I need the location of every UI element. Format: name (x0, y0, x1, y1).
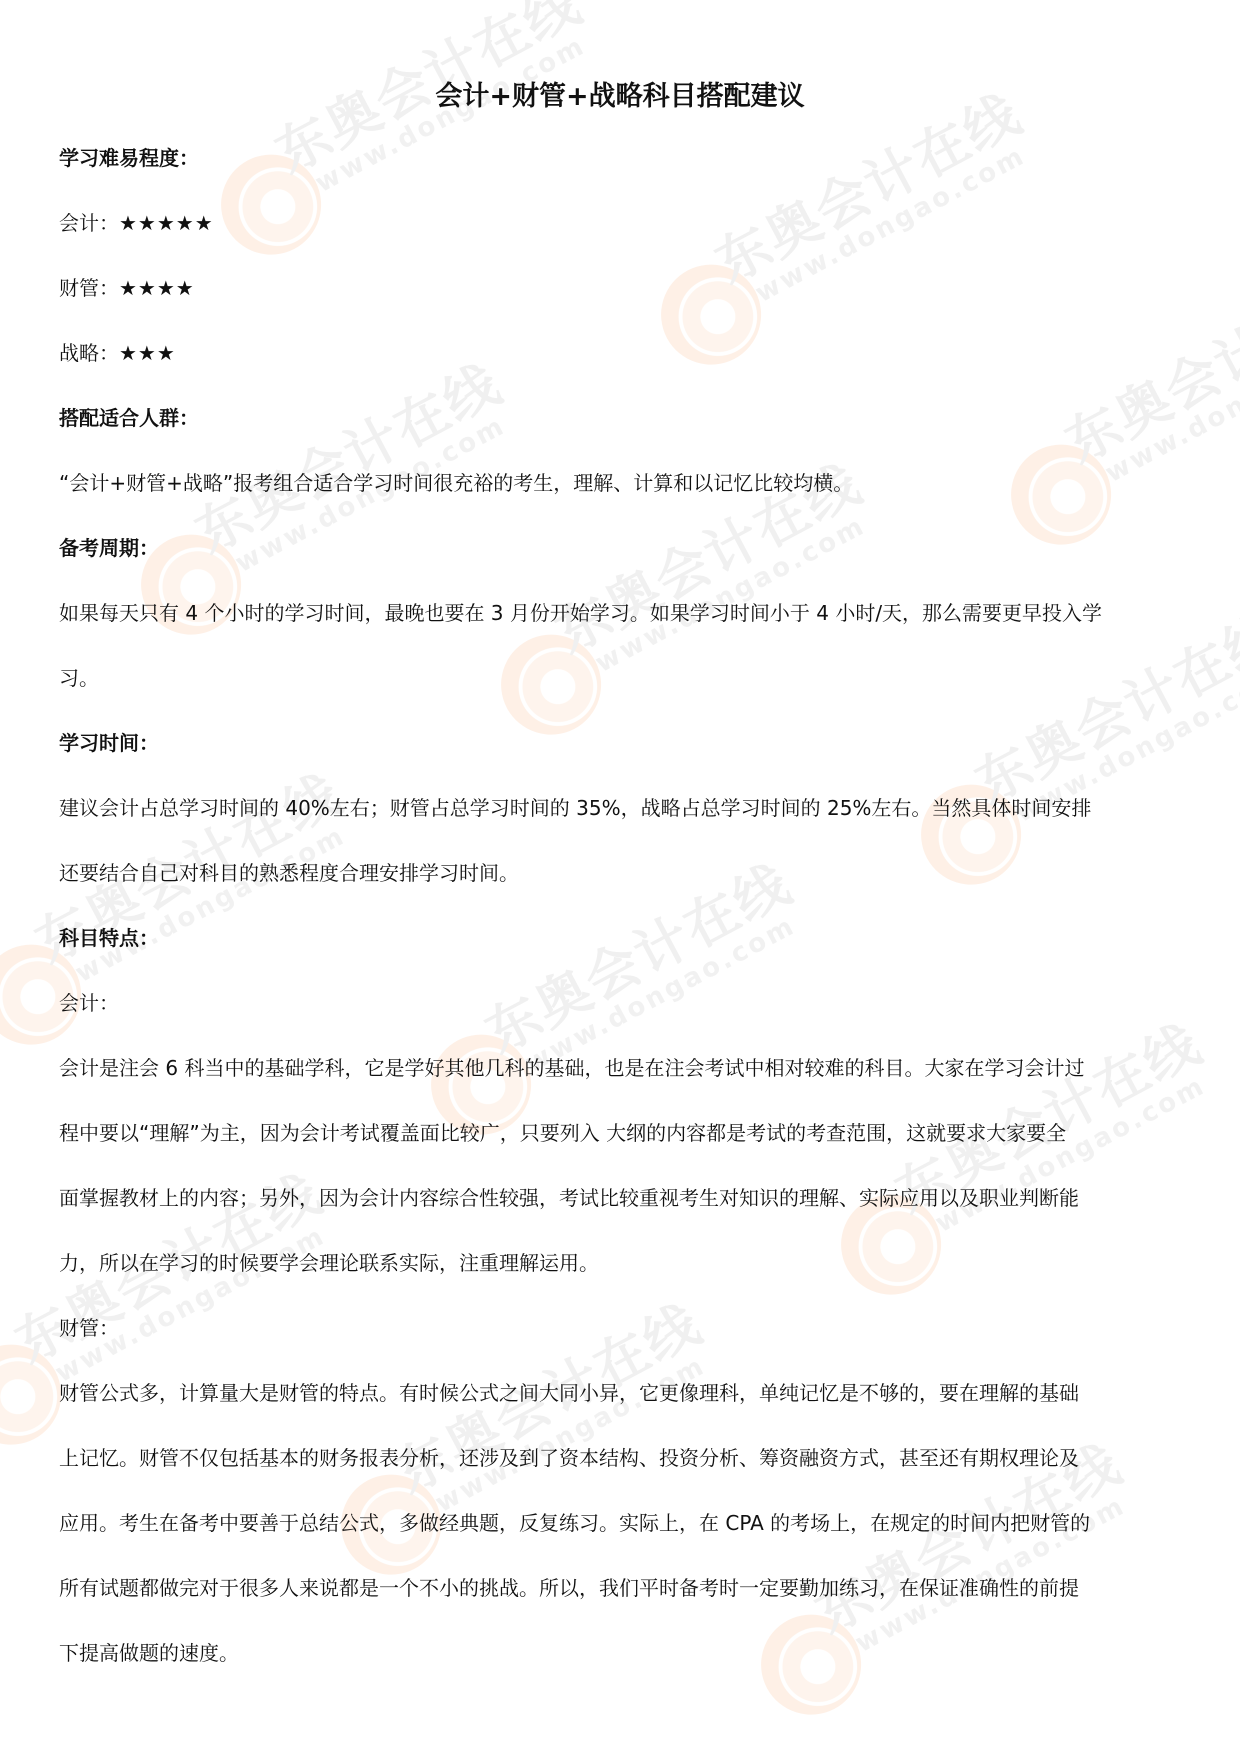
paragraph-line: 建议会计占总学习时间的 40%左右；财管占总学习时间的 35%，战略占总学习时间… (59, 794, 1091, 822)
watermark-url: www.dongao.com (751, 141, 1031, 309)
subject-label-finance: 财管： (59, 1314, 119, 1342)
difficulty-label: 战略： (59, 341, 119, 365)
watermark: 东奥会计在线 www.dongao.com (171, 0, 530, 299)
watermark-url: www.dongao.com (71, 821, 351, 989)
difficulty-row-accounting: 会计：★★★★★ (59, 209, 214, 237)
watermark-url: www.dongao.com (591, 511, 871, 679)
section-heading-prep-period: 备考周期： (59, 534, 159, 562)
paragraph-line: 面掌握教材上的内容；另外，因为会计内容综合性较强，考试比较重视考生对知识的理解、… (59, 1184, 1079, 1212)
watermark-logo-icon (203, 137, 338, 272)
paragraph-line: “会计+财管+战略”报考组合适合学习时间很充裕的考生，理解、计算和以记忆比较均横… (59, 469, 853, 497)
difficulty-label: 会计： (59, 211, 119, 235)
difficulty-row-finance: 财管：★★★★ (59, 274, 195, 302)
watermark: 东奥会计在线 www.dongao.com (871, 611, 1230, 928)
section-heading-study-time: 学习时间： (59, 729, 159, 757)
watermark-url: www.dongao.com (1101, 321, 1240, 489)
watermark-logo-icon (643, 247, 778, 382)
paragraph-line: 上记忆。财管不仅包括基本的财务报表分析，还涉及到了资本结构、投资分析、筹资融资方… (59, 1444, 1079, 1472)
watermark-brand: 东奥会计在线 (1050, 252, 1240, 478)
section-heading-difficulty: 学习难易程度： (59, 144, 199, 172)
watermark-brand: 东奥会计在线 (470, 842, 803, 1068)
watermark-url: www.dongao.com (311, 31, 591, 199)
paragraph-line: 应用。考生在备考中要善于总结公式，多做经典题，反复练习。实际上，在 CPA 的考… (59, 1509, 1090, 1537)
watermark-url: www.dongao.com (931, 1071, 1211, 1239)
watermark: 东奥会计在线 www.dongao.com (0, 1171, 269, 1488)
paragraph-line: 所有试题都做完对于很多人来说都是一个不小的挑战。所以，我们平时备考时一定要勤加练… (59, 1574, 1079, 1602)
watermark-logo-icon (903, 767, 1038, 902)
paragraph-line: 习。 (59, 664, 99, 692)
watermark-url: www.dongao.com (51, 1221, 331, 1389)
paragraph-line: 会计是注会 6 科当中的基础学科，它是学好其他几科的基础，也是在注会考试中相对较… (59, 1054, 1084, 1082)
paragraph-line: 下提高做题的速度。 (59, 1639, 239, 1667)
paragraph-line: 还要结合自己对科目的熟悉程度合理安排学习时间。 (59, 859, 519, 887)
watermark-logo-icon (743, 1597, 878, 1732)
section-heading-audience: 搭配适合人群： (59, 404, 199, 432)
paragraph-line: 财管公式多，计算量大是财管的特点。有时候公式之间大同小异，它更像理科，单纯记忆是… (59, 1379, 1079, 1407)
watermark-brand: 东奥会计在线 (180, 342, 513, 568)
difficulty-label: 财管： (59, 276, 119, 300)
watermark: 东奥会计在线 www.dongao.com (961, 271, 1240, 588)
watermark-logo-icon (483, 617, 618, 752)
star-rating-icon: ★★★★★ (119, 211, 214, 235)
paragraph-line: 力，所以在学习的时候要学会理论联系实际，注重理解运用。 (59, 1249, 599, 1277)
paragraph-line: 如果每天只有 4 个小时的学习时间，最晚也要在 3 月份开始学习。如果学习时间小… (59, 599, 1102, 627)
section-heading-features: 科目特点： (59, 924, 159, 952)
star-rating-icon: ★★★★ (119, 276, 195, 300)
watermark-url: www.dongao.com (431, 1351, 711, 1519)
document-title: 会计+财管+战略科目搭配建议 (0, 74, 1240, 113)
watermark: 东奥会计在线 www.dongao.com (611, 91, 970, 408)
difficulty-row-strategy: 战略：★★★ (59, 339, 176, 367)
paragraph-line: 程中要以“理解”为主，因为会计考试覆盖面比较广，只要列入 大纲的内容都是考试的考… (59, 1119, 1066, 1147)
watermark-logo-icon (993, 427, 1128, 562)
subject-label-accounting: 会计： (59, 989, 119, 1017)
star-rating-icon: ★★★ (119, 341, 176, 365)
